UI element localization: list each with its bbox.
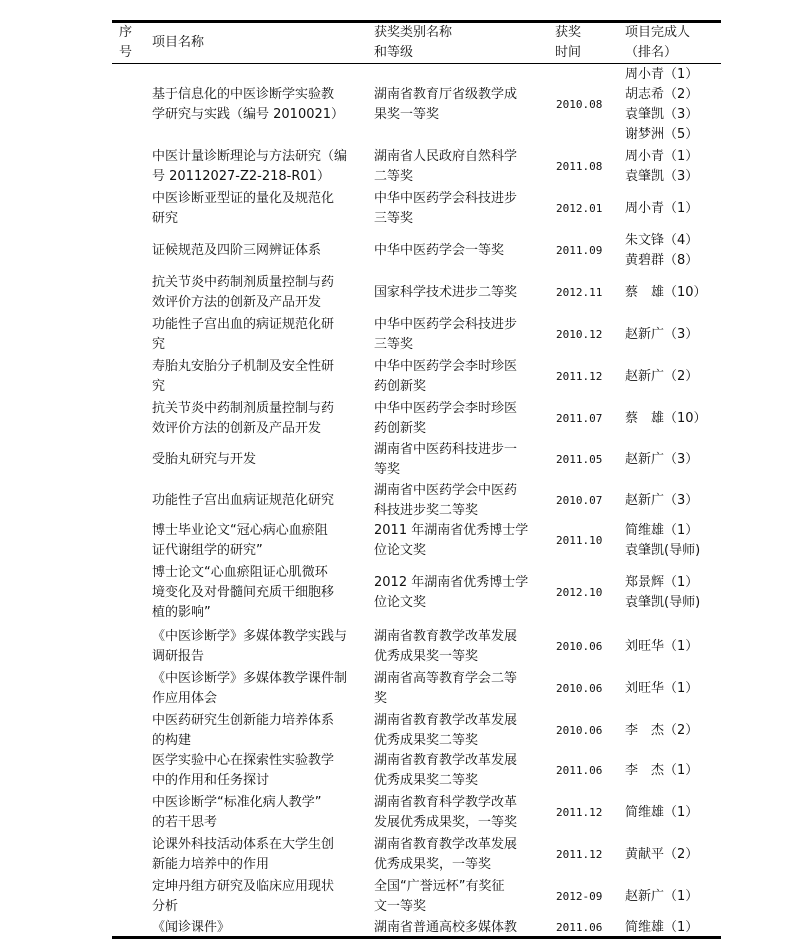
table-row: 基于信息化的中医诊断学实验教学研究与实践（编号 2010021）湖南省教育厅省级… <box>112 64 721 146</box>
completers-cell-line: 简维雄（1） <box>625 803 725 823</box>
award-category-cell-line: 2012 年湖南省优秀博士学 <box>374 573 554 593</box>
table-row: 功能性子宫出血的病证规范化研究中华中医药学会科技进步三等奖2010.12赵新广（… <box>112 314 721 356</box>
award-time-cell-text: 2011.05 <box>556 450 616 470</box>
award-category-cell-line: 文一等奖 <box>374 897 554 917</box>
project-name-cell: 抗关节炎中药制剂质量控制与药效评价方法的创新及产品开发 <box>152 272 367 314</box>
completers-cell: 刘旺华（1） <box>625 668 725 710</box>
award-category-cell-line: 湖南省教育厅省级教学成 <box>374 85 554 105</box>
header-award-time: 获奖 时间 <box>555 23 595 63</box>
award-time-cell: 2011.09 <box>556 230 616 272</box>
completers-cell-line: 朱文锋（4） <box>625 231 725 251</box>
completers-cell-line: 袁肇凯（3） <box>625 105 725 125</box>
project-name-cell-line: 植的影响” <box>152 603 367 623</box>
award-time-cell-text: 2011.10 <box>556 531 616 551</box>
completers-cell-line: 胡志希（2） <box>625 85 725 105</box>
award-category-cell: 湖南省人民政府自然科学二等奖 <box>374 146 554 188</box>
award-category-cell: 国家科学技术进步二等奖 <box>374 272 554 314</box>
completers-cell: 赵新广（3） <box>625 440 725 480</box>
award-category-cell: 中华中医药学会李时珍医药创新奖 <box>374 356 554 398</box>
award-category-cell-line: 优秀成果奖二等奖 <box>374 771 554 791</box>
award-category-cell-line: 位论文奖 <box>374 593 554 613</box>
completers-cell: 赵新广（3） <box>625 314 725 356</box>
completers-cell-line: 袁肇凯（3） <box>625 167 725 187</box>
award-category-cell-line: 发展优秀成果奖，一等奖 <box>374 813 554 833</box>
award-time-cell: 2012.10 <box>556 562 616 624</box>
award-category-cell: 湖南省中医药科技进步一等奖 <box>374 440 554 480</box>
award-time-cell-text: 2011.12 <box>556 367 616 387</box>
award-time-cell: 2011.12 <box>556 792 616 834</box>
completers-cell-line: 郑景辉（1） <box>625 573 725 593</box>
table-row: 《中医诊断学》多媒体教学实践与调研报告湖南省教育教学改革发展优秀成果奖一等奖20… <box>112 626 721 668</box>
award-category-cell: 全国“广誉远杯”有奖征文一等奖 <box>374 876 554 918</box>
table-row: 抗关节炎中药制剂质量控制与药效评价方法的创新及产品开发国家科学技术进步二等奖20… <box>112 272 721 314</box>
award-time-cell: 2011.12 <box>556 834 616 876</box>
project-name-cell-line: 中的作用和任务探讨 <box>152 771 367 791</box>
award-category-cell: 湖南省教育教学改革发展优秀成果奖二等奖 <box>374 710 554 752</box>
completers-cell: 李 杰（2） <box>625 710 725 752</box>
award-category-cell-line: 二等奖 <box>374 167 554 187</box>
header-award-category: 获奖类别名称 和等级 <box>374 23 554 63</box>
completers-cell: 黄献平（2） <box>625 834 725 876</box>
award-time-cell-text: 2010.08 <box>556 95 616 115</box>
completers-cell: 周小青（1） <box>625 188 725 230</box>
award-category-cell: 湖南省教育教学改革发展优秀成果奖一等奖 <box>374 626 554 668</box>
award-category-cell-line: 中华中医药学会李时珍医 <box>374 399 554 419</box>
award-category-cell-line: 奖 <box>374 689 554 709</box>
award-time-cell-text: 2010.12 <box>556 325 616 345</box>
project-name-cell-line: 定坤丹组方研究及临床应用现状 <box>152 877 367 897</box>
award-time-cell: 2011.08 <box>556 146 616 188</box>
completers-cell-line: 袁肇凯(导师) <box>625 541 725 561</box>
award-category-cell: 湖南省普通高校多媒体教 <box>374 918 554 938</box>
table-row: 寿胎丸安胎分子机制及安全性研究中华中医药学会李时珍医药创新奖2011.12赵新广… <box>112 356 721 398</box>
completers-cell-line: 周小青（1） <box>625 65 725 85</box>
completers-cell: 朱文锋（4）黄碧群（8） <box>625 230 725 272</box>
project-name-cell-line: 中医诊断亚型证的量化及规范化 <box>152 189 367 209</box>
table-row: 中医诊断学“标准化病人教学”的若干思考湖南省教育科学教学改革发展优秀成果奖，一等… <box>112 792 721 834</box>
project-name-cell: 中医药研究生创新能力培养体系的构建 <box>152 710 367 752</box>
project-name-cell-line: 博士毕业论文“冠心病心血瘀阻 <box>152 521 367 541</box>
project-name-cell: 博士论文“心血瘀阻证心肌微环境变化及对骨髓间充质干细胞移植的影响” <box>152 562 367 624</box>
award-time-cell: 2011.12 <box>556 356 616 398</box>
completers-cell-line: 刘旺华（1） <box>625 679 725 699</box>
award-time-cell-text: 2012-09 <box>556 887 616 907</box>
project-name-cell: 抗关节炎中药制剂质量控制与药效评价方法的创新及产品开发 <box>152 398 367 440</box>
completers-cell-line: 赵新广（3） <box>625 491 725 511</box>
project-name-cell-line: 受胎丸研究与开发 <box>152 450 367 470</box>
project-name-cell-line: 寿胎丸安胎分子机制及安全性研 <box>152 357 367 377</box>
completers-cell: 赵新广（2） <box>625 356 725 398</box>
award-category-cell-line: 湖南省教育教学改革发展 <box>374 751 554 771</box>
completers-cell-line: 李 杰（2） <box>625 721 725 741</box>
header-text: 时间 <box>555 43 595 63</box>
project-name-cell-line: 博士论文“心血瘀阻证心肌微环 <box>152 563 367 583</box>
completers-cell: 赵新广（3） <box>625 480 725 522</box>
table-row: 受胎丸研究与开发湖南省中医药科技进步一等奖2011.05赵新广（3） <box>112 440 721 480</box>
header-text: （排名） <box>625 43 725 63</box>
table-row: 证候规范及四阶三网辨证体系中华中医药学会一等奖2011.09朱文锋（4）黄碧群（… <box>112 230 721 272</box>
header-completers: 项目完成人 （排名） <box>625 23 725 63</box>
project-name-cell-line: 功能性子宫出血的病证规范化研 <box>152 315 367 335</box>
completers-cell-line: 蔡 雄（10） <box>625 409 725 429</box>
award-time-cell: 2012.11 <box>556 272 616 314</box>
project-name-cell: 中医诊断亚型证的量化及规范化研究 <box>152 188 367 230</box>
award-time-cell-text: 2012.10 <box>556 583 616 603</box>
project-name-cell: 基于信息化的中医诊断学实验教学研究与实践（编号 2010021） <box>152 64 367 146</box>
table-row: 中医药研究生创新能力培养体系的构建湖南省教育教学改革发展优秀成果奖二等奖2010… <box>112 710 721 752</box>
award-time-cell-text: 2011.12 <box>556 803 616 823</box>
award-category-cell-line: 优秀成果奖，一等奖 <box>374 855 554 875</box>
project-name-cell: 《中医诊断学》多媒体教学实践与调研报告 <box>152 626 367 668</box>
project-name-cell: 受胎丸研究与开发 <box>152 440 367 480</box>
award-time-cell: 2011.06 <box>556 750 616 792</box>
award-category-cell-line: 湖南省普通高校多媒体教 <box>374 918 554 938</box>
award-time-cell-text: 2011.06 <box>556 761 616 781</box>
award-time-cell-text: 2010.06 <box>556 637 616 657</box>
completers-cell-line: 李 杰（1） <box>625 761 725 781</box>
award-category-cell: 湖南省教育厅省级教学成果奖一等奖 <box>374 64 554 146</box>
award-category-cell-line: 科技进步奖二等奖 <box>374 501 554 521</box>
project-name-cell-line: 中医诊断学“标准化病人教学” <box>152 793 367 813</box>
project-name-cell-line: 论课外科技活动体系在大学生创 <box>152 835 367 855</box>
project-name-cell-line: 证代谢组学的研究” <box>152 541 367 561</box>
completers-cell: 赵新广（1） <box>625 876 725 918</box>
project-name-cell-line: 《中医诊断学》多媒体教学课件制 <box>152 669 367 689</box>
header-text: 项目完成人 <box>625 23 725 43</box>
award-time-cell: 2010.06 <box>556 668 616 710</box>
table-row: 论课外科技活动体系在大学生创新能力培养中的作用湖南省教育教学改革发展优秀成果奖，… <box>112 834 721 876</box>
table-row: 医学实验中心在探索性实验教学中的作用和任务探讨湖南省教育教学改革发展优秀成果奖二… <box>112 750 721 792</box>
award-time-cell: 2011.05 <box>556 440 616 480</box>
completers-cell-line: 简维雄（1） <box>625 918 725 938</box>
award-time-cell: 2012.01 <box>556 188 616 230</box>
completers-cell-line: 黄碧群（8） <box>625 251 725 271</box>
table-bottom-rule <box>112 936 721 939</box>
project-name-cell-line: 效评价方法的创新及产品开发 <box>152 293 367 313</box>
header-text: 项目名称 <box>152 33 204 53</box>
project-name-cell: 论课外科技活动体系在大学生创新能力培养中的作用 <box>152 834 367 876</box>
completers-cell-line: 谢梦洲（5） <box>625 125 725 145</box>
completers-cell: 周小青（1）袁肇凯（3） <box>625 146 725 188</box>
project-name-cell: 博士毕业论文“冠心病心血瘀阻证代谢组学的研究” <box>152 520 367 562</box>
award-time-cell-text: 2011.08 <box>556 157 616 177</box>
award-category-cell: 2012 年湖南省优秀博士学位论文奖 <box>374 562 554 624</box>
completers-cell-line: 周小青（1） <box>625 147 725 167</box>
project-name-cell: 中医计量诊断理论与方法研究（编号 20112027-Z2-218-R01） <box>152 146 367 188</box>
project-name-cell-line: 的若干思考 <box>152 813 367 833</box>
completers-cell-line: 简维雄（1） <box>625 521 725 541</box>
completers-cell-line: 周小青（1） <box>625 199 725 219</box>
project-name-cell-line: 分析 <box>152 897 367 917</box>
table-row: 《闻诊课件》湖南省普通高校多媒体教2011.06简维雄（1） <box>112 918 721 938</box>
project-name-cell-line: 抗关节炎中药制剂质量控制与药 <box>152 399 367 419</box>
project-name-cell-line: 医学实验中心在探索性实验教学 <box>152 751 367 771</box>
project-name-cell: 医学实验中心在探索性实验教学中的作用和任务探讨 <box>152 750 367 792</box>
completers-cell: 刘旺华（1） <box>625 626 725 668</box>
award-time-cell-text: 2012.01 <box>556 199 616 219</box>
project-name-cell: 寿胎丸安胎分子机制及安全性研究 <box>152 356 367 398</box>
award-time-cell: 2011.07 <box>556 398 616 440</box>
award-time-cell-text: 2011.07 <box>556 409 616 429</box>
award-category-cell-line: 湖南省人民政府自然科学 <box>374 147 554 167</box>
completers-cell-line: 袁肇凯(导师) <box>625 593 725 613</box>
award-category-cell-line: 优秀成果奖一等奖 <box>374 647 554 667</box>
award-category-cell-line: 湖南省中医药学会中医药 <box>374 481 554 501</box>
award-time-cell-text: 2011.09 <box>556 241 616 261</box>
table-row: 博士论文“心血瘀阻证心肌微环境变化及对骨髓间充质干细胞移植的影响”2012 年湖… <box>112 562 721 624</box>
award-time-cell-text: 2011.06 <box>556 918 616 938</box>
project-name-cell-line: 中医计量诊断理论与方法研究（编 <box>152 147 367 167</box>
header-text: 序 <box>119 23 139 43</box>
award-category-cell: 湖南省教育教学改革发展优秀成果奖二等奖 <box>374 750 554 792</box>
project-name-cell-line: 调研报告 <box>152 647 367 667</box>
award-category-cell-line: 药创新奖 <box>374 377 554 397</box>
award-category-cell-line: 湖南省教育教学改革发展 <box>374 627 554 647</box>
award-category-cell: 2011 年湖南省优秀博士学位论文奖 <box>374 520 554 562</box>
project-name-cell-line: 号 20112027-Z2-218-R01） <box>152 167 367 187</box>
table-row: 中医诊断亚型证的量化及规范化研究中华中医药学会科技进步三等奖2012.01周小青… <box>112 188 721 230</box>
project-name-cell: 中医诊断学“标准化病人教学”的若干思考 <box>152 792 367 834</box>
award-category-cell-line: 三等奖 <box>374 209 554 229</box>
project-name-cell-line: 作应用体会 <box>152 689 367 709</box>
award-time-cell: 2010.06 <box>556 710 616 752</box>
completers-cell: 简维雄（1） <box>625 918 725 938</box>
award-category-cell: 中华中医药学会科技进步三等奖 <box>374 314 554 356</box>
project-name-cell: 功能性子宫出血病证规范化研究 <box>152 480 367 522</box>
award-time-cell: 2010.06 <box>556 626 616 668</box>
award-time-cell: 2010.12 <box>556 314 616 356</box>
project-name-cell-line: 学研究与实践（编号 2010021） <box>152 105 367 125</box>
header-text: 号 <box>119 43 139 63</box>
project-name-cell-line: 效评价方法的创新及产品开发 <box>152 419 367 439</box>
project-name-cell-line: 《中医诊断学》多媒体教学实践与 <box>152 627 367 647</box>
award-category-cell: 湖南省教育科学教学改革发展优秀成果奖，一等奖 <box>374 792 554 834</box>
project-name-cell: 《中医诊断学》多媒体教学课件制作应用体会 <box>152 668 367 710</box>
completers-cell-line: 黄献平（2） <box>625 845 725 865</box>
project-name-cell-line: 究 <box>152 377 367 397</box>
award-category-cell: 中华中医药学会李时珍医药创新奖 <box>374 398 554 440</box>
table-row: 中医计量诊断理论与方法研究（编号 20112027-Z2-218-R01）湖南省… <box>112 146 721 188</box>
award-category-cell-line: 湖南省教育教学改革发展 <box>374 711 554 731</box>
project-name-cell-line: 新能力培养中的作用 <box>152 855 367 875</box>
header-text: 获奖 <box>555 23 595 43</box>
award-time-cell-text: 2011.12 <box>556 845 616 865</box>
award-category-cell-line: 2011 年湖南省优秀博士学 <box>374 521 554 541</box>
completers-cell: 郑景辉（1）袁肇凯(导师) <box>625 562 725 624</box>
table-row: 功能性子宫出血病证规范化研究湖南省中医药学会中医药科技进步奖二等奖2010.07… <box>112 480 721 522</box>
award-category-cell-line: 湖南省中医药科技进步一 <box>374 440 554 460</box>
award-category-cell-line: 国家科学技术进步二等奖 <box>374 283 554 303</box>
table-row: 博士毕业论文“冠心病心血瘀阻证代谢组学的研究”2011 年湖南省优秀博士学位论文… <box>112 520 721 562</box>
project-name-cell-line: 功能性子宫出血病证规范化研究 <box>152 491 367 511</box>
project-name-cell-line: 中医药研究生创新能力培养体系 <box>152 711 367 731</box>
award-category-cell-line: 湖南省教育教学改革发展 <box>374 835 554 855</box>
table-row: 定坤丹组方研究及临床应用现状分析全国“广誉远杯”有奖征文一等奖2012-09赵新… <box>112 876 721 918</box>
award-category-cell-line: 湖南省高等教育学会二等 <box>374 669 554 689</box>
completers-cell-line: 赵新广（3） <box>625 450 725 470</box>
award-category-cell: 中华中医药学会一等奖 <box>374 230 554 272</box>
table-row: 《中医诊断学》多媒体教学课件制作应用体会湖南省高等教育学会二等奖2010.06刘… <box>112 668 721 710</box>
award-time-cell-text: 2010.06 <box>556 721 616 741</box>
award-category-cell-line: 药创新奖 <box>374 419 554 439</box>
completers-cell: 简维雄（1）袁肇凯(导师) <box>625 520 725 562</box>
completers-cell-line: 赵新广（3） <box>625 325 725 345</box>
project-name-cell-line: 的构建 <box>152 731 367 751</box>
award-time-cell-text: 2010.07 <box>556 491 616 511</box>
award-time-cell: 2010.07 <box>556 480 616 522</box>
project-name-cell-line: 研究 <box>152 209 367 229</box>
award-category-cell: 中华中医药学会科技进步三等奖 <box>374 188 554 230</box>
header-text: 获奖类别名称 <box>374 23 554 43</box>
award-category-cell-line: 湖南省教育科学教学改革 <box>374 793 554 813</box>
award-time-cell: 2011.10 <box>556 520 616 562</box>
project-name-cell: 功能性子宫出血的病证规范化研究 <box>152 314 367 356</box>
header-text: 和等级 <box>374 43 554 63</box>
award-category-cell: 湖南省高等教育学会二等奖 <box>374 668 554 710</box>
award-time-cell: 2011.06 <box>556 918 616 938</box>
completers-cell: 蔡 雄（10） <box>625 272 725 314</box>
project-name-cell-line: 抗关节炎中药制剂质量控制与药 <box>152 273 367 293</box>
project-name-cell: 定坤丹组方研究及临床应用现状分析 <box>152 876 367 918</box>
completers-cell-line: 蔡 雄（10） <box>625 283 725 303</box>
project-name-cell: 证候规范及四阶三网辨证体系 <box>152 230 367 272</box>
completers-cell-line: 赵新广（1） <box>625 887 725 907</box>
award-time-cell: 2012-09 <box>556 876 616 918</box>
award-category-cell-line: 中华中医药学会一等奖 <box>374 241 554 261</box>
award-category-cell: 湖南省教育教学改革发展优秀成果奖，一等奖 <box>374 834 554 876</box>
project-name-cell-line: 证候规范及四阶三网辨证体系 <box>152 241 367 261</box>
header-serial-number: 序 号 <box>119 23 139 63</box>
award-category-cell-line: 中华中医药学会科技进步 <box>374 189 554 209</box>
award-category-cell: 湖南省中医药学会中医药科技进步奖二等奖 <box>374 480 554 522</box>
award-category-cell-line: 三等奖 <box>374 335 554 355</box>
project-name-cell-line: 究 <box>152 335 367 355</box>
completers-cell-line: 刘旺华（1） <box>625 637 725 657</box>
project-name-cell-line: 《闻诊课件》 <box>152 918 367 938</box>
award-category-cell-line: 等奖 <box>374 460 554 480</box>
award-category-cell-line: 优秀成果奖二等奖 <box>374 731 554 751</box>
completers-cell: 周小青（1）胡志希（2）袁肇凯（3）谢梦洲（5） <box>625 64 725 146</box>
award-category-cell-line: 全国“广誉远杯”有奖征 <box>374 877 554 897</box>
award-time-cell-text: 2010.06 <box>556 679 616 699</box>
award-category-cell-line: 果奖一等奖 <box>374 105 554 125</box>
table-row: 抗关节炎中药制剂质量控制与药效评价方法的创新及产品开发中华中医药学会李时珍医药创… <box>112 398 721 440</box>
completers-cell: 蔡 雄（10） <box>625 398 725 440</box>
completers-cell: 简维雄（1） <box>625 792 725 834</box>
award-time-cell-text: 2012.11 <box>556 283 616 303</box>
award-category-cell-line: 中华中医药学会李时珍医 <box>374 357 554 377</box>
award-time-cell: 2010.08 <box>556 64 616 146</box>
project-name-cell-line: 基于信息化的中医诊断学实验教 <box>152 85 367 105</box>
award-category-cell-line: 位论文奖 <box>374 541 554 561</box>
completers-cell-line: 赵新广（2） <box>625 367 725 387</box>
project-name-cell-line: 境变化及对骨髓间充质干细胞移 <box>152 583 367 603</box>
completers-cell: 李 杰（1） <box>625 750 725 792</box>
award-category-cell-line: 中华中医药学会科技进步 <box>374 315 554 335</box>
project-name-cell: 《闻诊课件》 <box>152 918 367 938</box>
